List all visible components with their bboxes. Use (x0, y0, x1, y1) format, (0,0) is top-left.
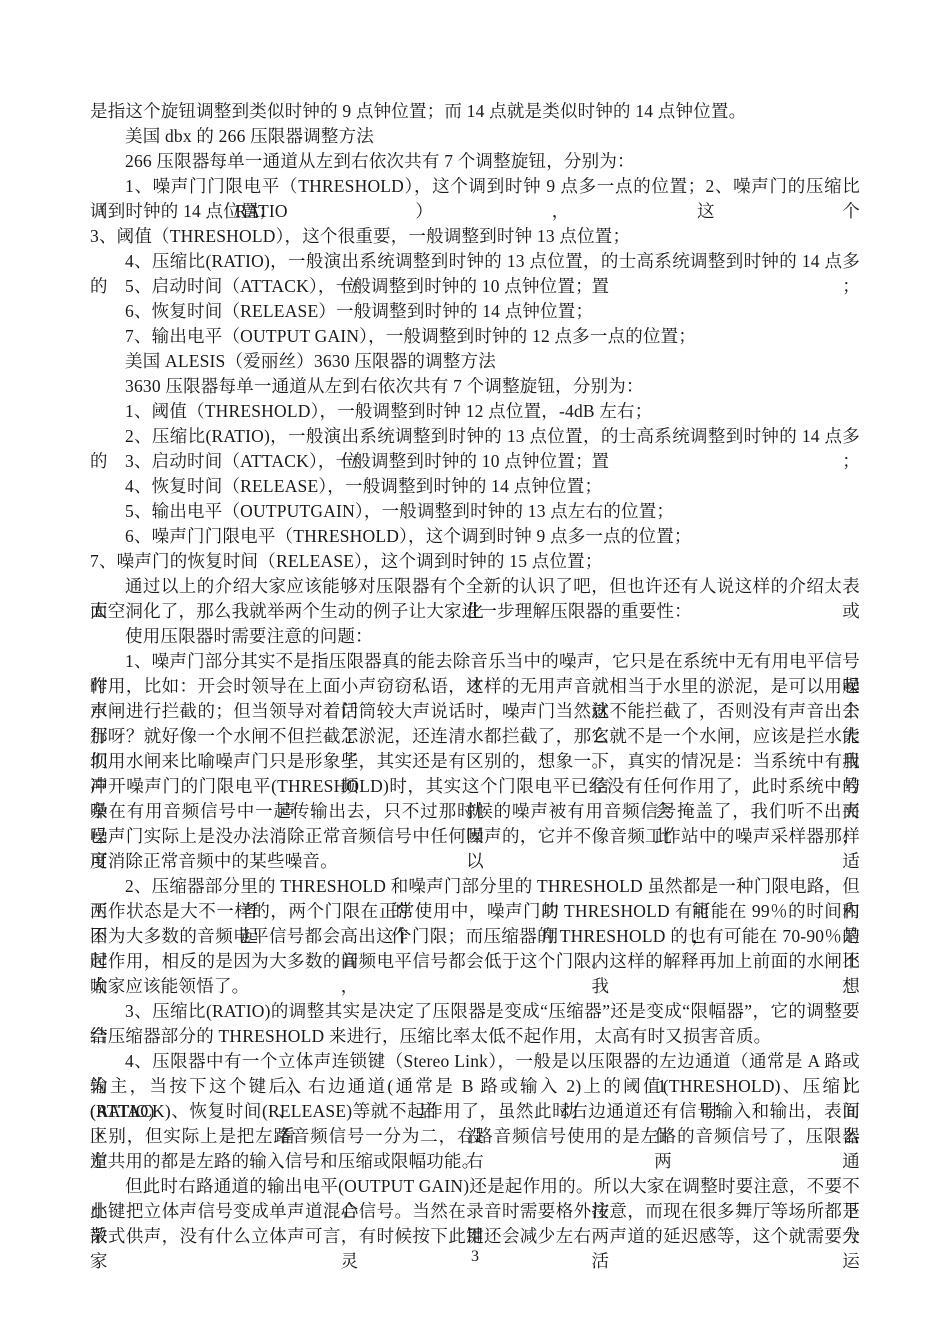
text-line: (ATTACK)、恢复时间(RELEASE)等就不起作用了，虽然此时右边通道还有… (90, 1099, 860, 1124)
text-line: 7、噪声门的恢复时间（RELEASE），这个调到时钟的 15 点位置； (90, 549, 860, 574)
text-line: 美国 ALESIS（爱丽丝）3630 压限器的调整方法 (90, 349, 860, 374)
text-line: 1、噪声门门限电平（THRESHOLD），这个调到时钟 9 点多一点的位置；2、… (90, 174, 860, 199)
text-line: 2、压缩比(RATIO)，一般演出系统调整到时钟的 13 点位置，的士高系统调整… (90, 424, 860, 449)
document-lines: 是指这个旋钮调整到类似时钟的 9 点钟位置；而 14 点就是类似时钟的 14 点… (90, 99, 860, 1249)
text-line: 6、恢复时间（RELEASE）一般调整到时钟的 14 点钟位置； (90, 299, 860, 324)
text-line: 3630 压限器每单一通道从左到右依次共有 7 个调整旋钮，分别为： (90, 374, 860, 399)
text-line: 266 压限器每单一通道从左到右依次共有 7 个调整旋钮，分别为： (90, 149, 860, 174)
text-line: 工作状态是大不一样的，两个门限在正常使用中，噪声门的 THRESHOLD 有可能… (90, 899, 860, 924)
text-line: 噪声门实际上是没办法消除正常音频信号中任何噪声的，它并不像音频工作站中的噪声采样… (90, 824, 860, 849)
text-line: 合压缩器部分的 THRESHOLD 来进行，压缩比率太低不起作用，太高有时又损害… (90, 1024, 860, 1049)
text-line: 2、压缩器部分里的 THRESHOLD 和噪声门部分里的 THRESHOLD 虽… (90, 874, 860, 899)
text-line: 使用压限器时需要注意的问题： (90, 624, 860, 649)
text-line: 们用水闸来比喻噪声门只是形象些，其实还是有区别的，想象一下，真实的情况是：当系统… (90, 749, 860, 774)
text-line: 行呀？就好像一个水闸不但拦截了淤泥，还连清水都拦截了，那它就不是一个水闸，应该是… (90, 724, 860, 749)
text-line: 3、阈值（THRESHOLD），这个很重要，一般调整到时钟 13 点位置； (90, 224, 860, 249)
text-line: 5、输出电平（OUTPUTGAIN），一般调整到时钟的 13 点左右的位置； (90, 499, 860, 524)
text-line: 4、压限器中有一个立体声连锁键（Stereo Link），一般是以压限器的左边通… (90, 1049, 860, 1074)
text-line: 因为大多数的音频电平信号都会高出这个门限；而压缩器的 THRESHOLD 的也有… (90, 924, 860, 949)
text-line: 是指这个旋钮调整到类似时钟的 9 点钟位置；而 14 点就是类似时钟的 14 点… (90, 99, 860, 124)
text-line: 1、阈值（THRESHOLD），一般调整到时钟 12 点位置，-4dB 左右； (90, 399, 860, 424)
text-line: 通过以上的介绍大家应该能够对压限器有个全新的认识了吧，但也许还有人说这样的介绍太… (90, 574, 860, 599)
text-line: 但此时右路通道的输出电平(OUTPUT GAIN)还是起作用的。所以大家在调整时… (90, 1174, 860, 1199)
text-line: 1、噪声门部分其实不是指压限器真的能去除音乐当中的噪声，它只是在系统中无有用电平… (90, 649, 860, 674)
text-line: 4、压缩比(RATIO)，一般演出系统调整到时钟的 13 点位置，的士高系统调整… (90, 249, 860, 274)
text-line: 作用，比如：开会时领导在上面小声窃窃私语，这样的无用声音就相当于水里的淤泥，是可… (90, 674, 860, 699)
text-line: 水闸进行拦截的；但当领导对着话筒较大声说话时，噪声门当然就不能拦截了，否则没有声… (90, 699, 860, 724)
text-line: 起作用，相反的是因为大多数的音频电平信号都会低于这个门限。这样的解释再加上前面的… (90, 949, 860, 974)
text-line: 6、噪声门门限电平（THRESHOLD），这个调到时钟 9 点多一点的位置； (90, 524, 860, 549)
text-line: 4、恢复时间（RELEASE），一般调整到时钟的 14 点钟位置； (90, 474, 860, 499)
document-page: 是指这个旋钮调整到类似时钟的 9 点钟位置；而 14 点就是类似时钟的 14 点… (0, 0, 950, 1344)
text-line: 冲开噪声门的门限电平(THRESHOLD)时，其实这个门限电平已经没有任何作用了… (90, 774, 860, 799)
text-line: 3、压缩比(RATIO)的调整其实是决定了压限器是变成“压缩器”还是变成“限幅器… (90, 999, 860, 1024)
text-line: 为主，当按下这个键后，右边通道(通常是 B 路或输入 2)上的阈值(THRESH… (90, 1074, 860, 1099)
text-line: 美国 dbx 的 266 压限器调整方法 (90, 124, 860, 149)
page-number: 3 (90, 1246, 860, 1268)
document-body: 是指这个旋钮调整到类似时钟的 9 点钟位置；而 14 点就是类似时钟的 14 点… (90, 99, 860, 1249)
text-line: 区别，但实际上是把左路音频信号一分为二，右路音频信号使用的是左路的音频信号了，压… (90, 1124, 860, 1149)
text-line: 7、输出电平（OUTPUT GAIN），一般调整到时钟的 12 点多一点的位置； (90, 324, 860, 349)
text-line: 此键把立体声信号变成单声道混合信号。当然在录音时需要格外注意，而现在很多舞厅等场… (90, 1199, 860, 1224)
text-line: 杂在有用音频信号中一起传输出去，只不过那时候的噪声被有用音频信号掩盖了，我们听不… (90, 799, 860, 824)
